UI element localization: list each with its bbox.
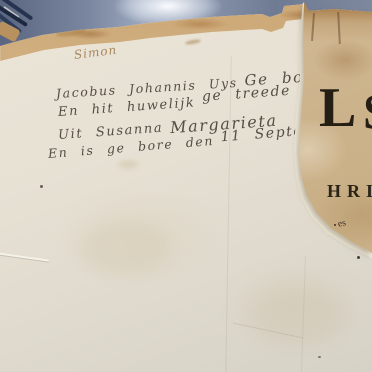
- printed-fragment-clip: L S HRIE es: [0, 0, 372, 372]
- photo-of-old-document: Simon Jacobus Johannis UysGe boore En hi…: [0, 0, 372, 372]
- printed-page-fragment: L S HRIE es: [0, 0, 372, 372]
- printed-small-text: es: [337, 218, 347, 229]
- fragment-aged-edge: [0, 0, 372, 372]
- printed-partial-letter: S: [363, 86, 372, 136]
- ink-speck: [334, 224, 336, 226]
- printed-title-letters: HRIE: [327, 181, 372, 202]
- printed-large-letter: L: [319, 80, 356, 136]
